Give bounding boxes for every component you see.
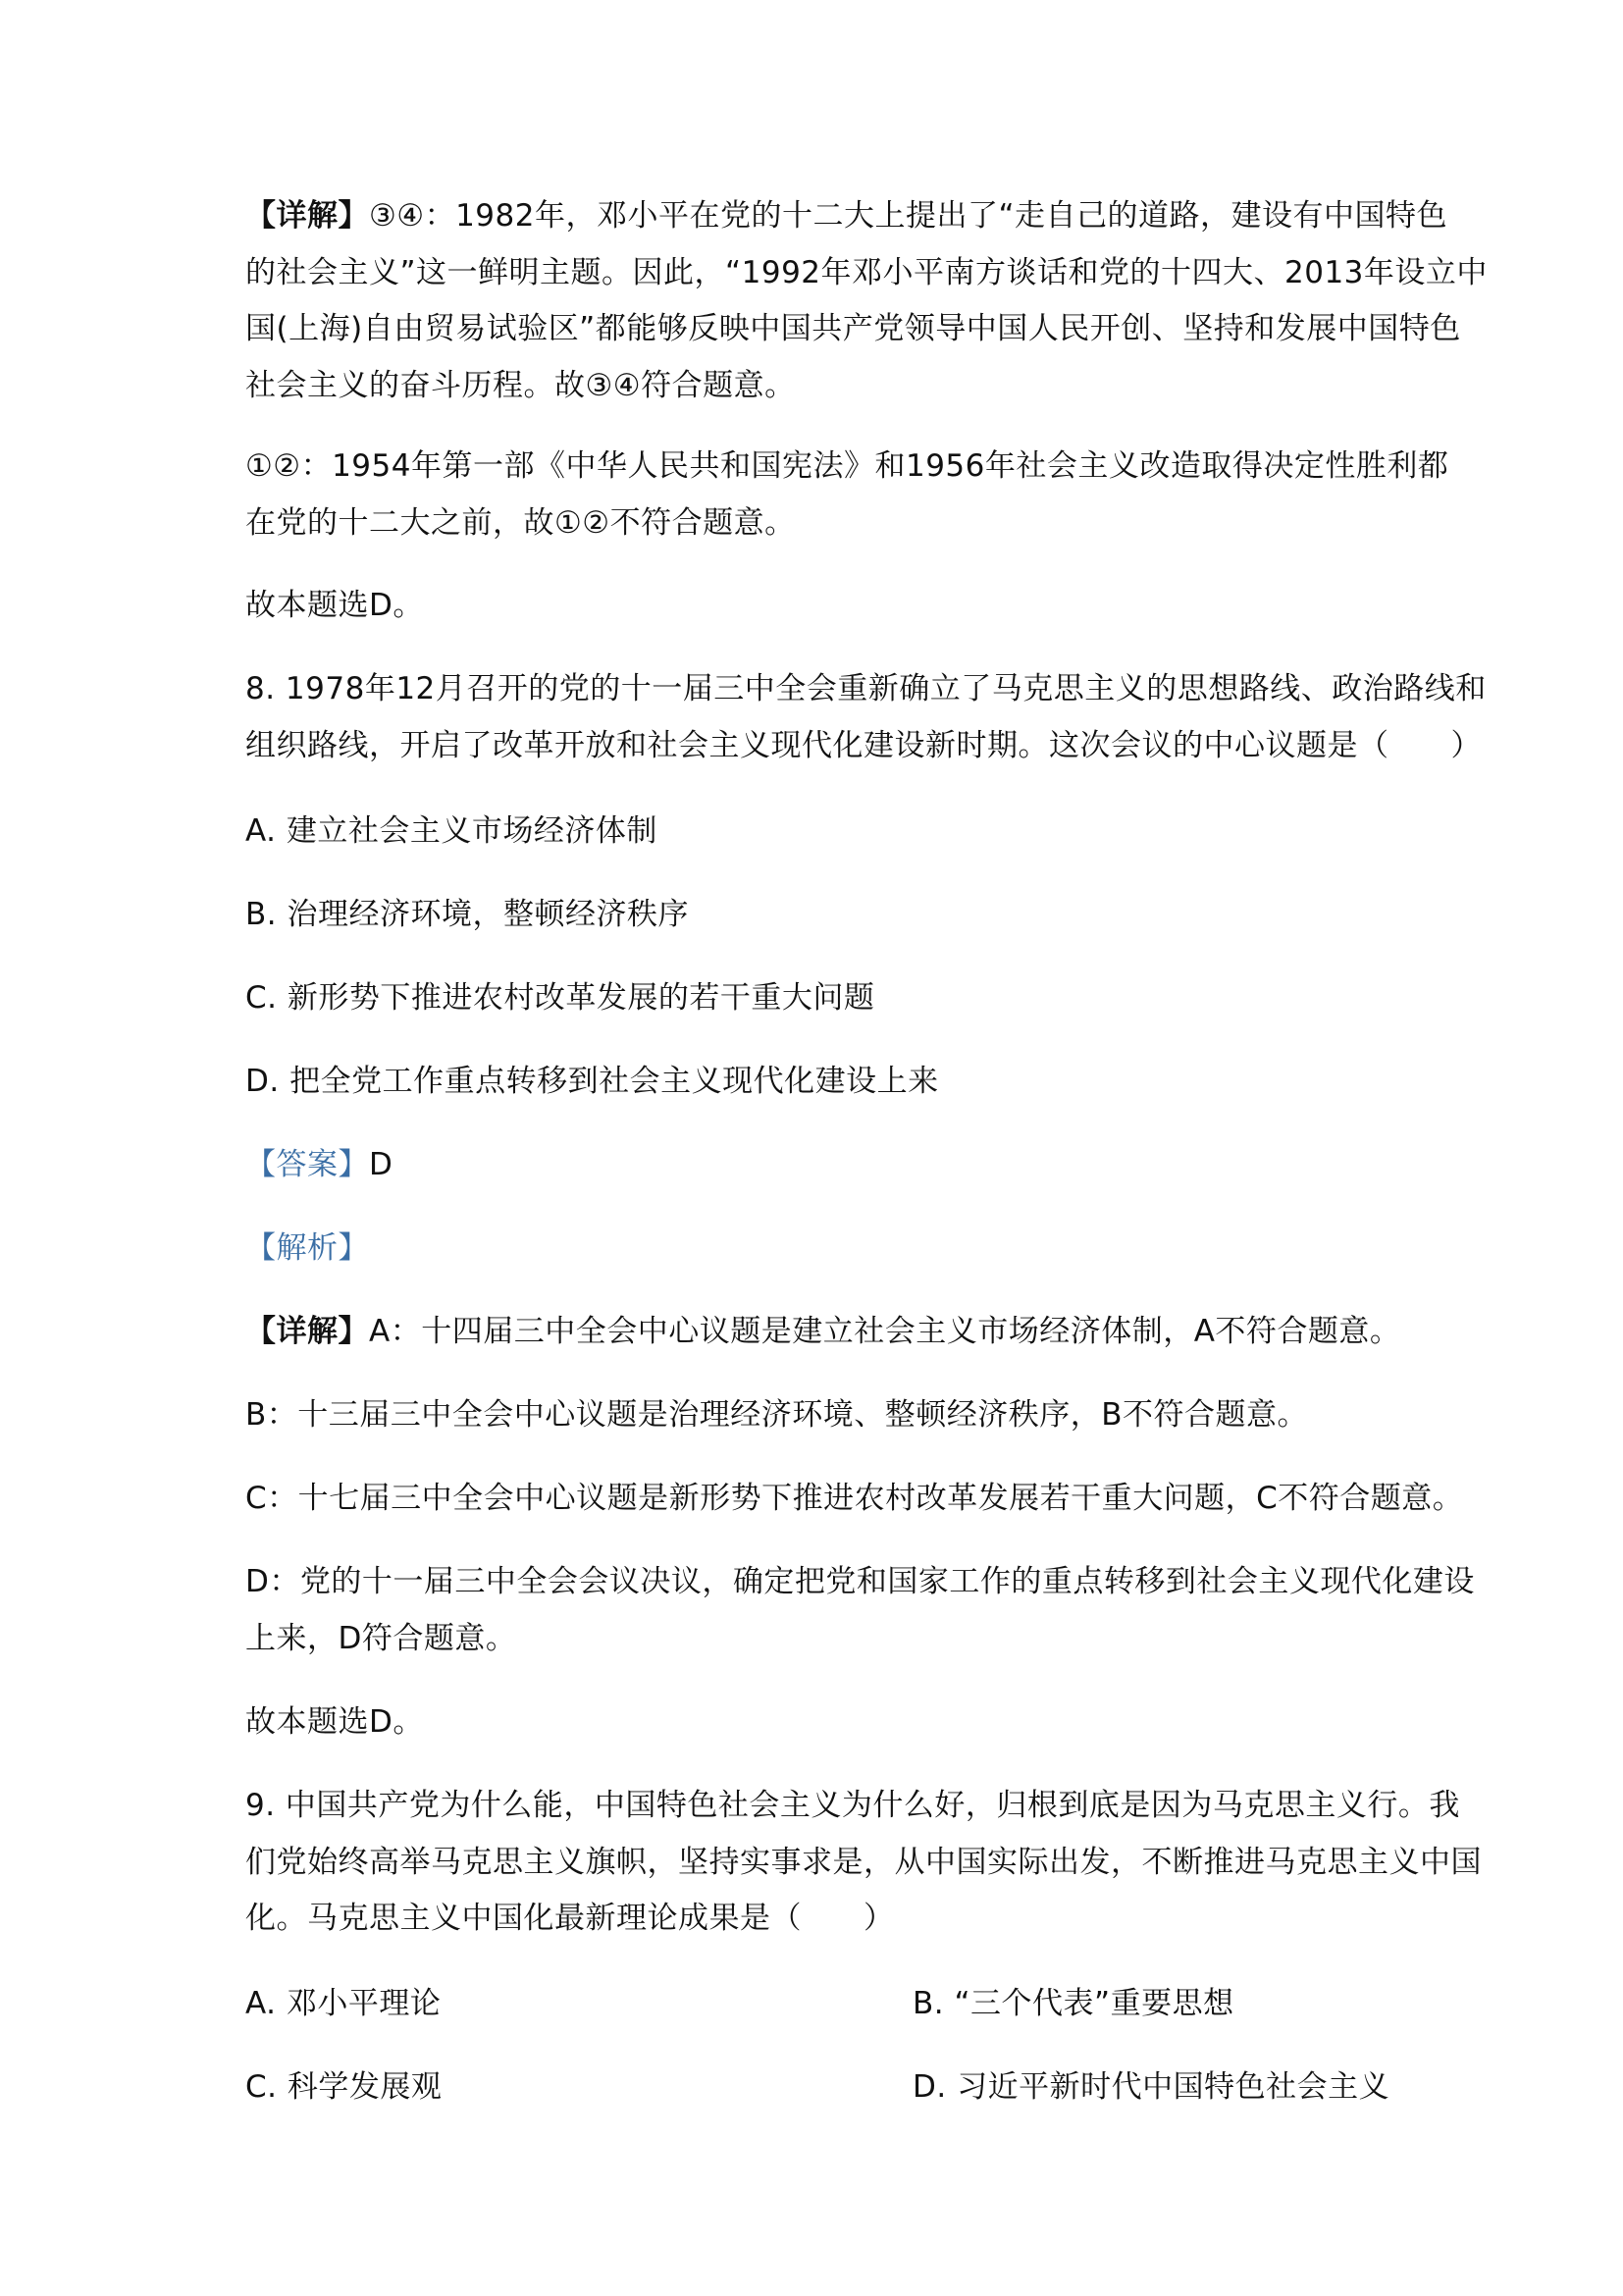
- q9-option-b: B. “三个代表”重要思想: [913, 1984, 1234, 2023]
- q8-option-c: C. 新形势下推进农村改革发展的若干重大问题: [245, 978, 874, 1018]
- q7-detail-line-2: 的社会主义”这一鲜明主题。因此，“1992年邓小平南方谈话和党的十四大、2013…: [245, 253, 1488, 292]
- q9-stem-line-3: 化。马克思主义中国化最新理论成果是（ ）: [245, 1899, 895, 1938]
- q9-stem-line-1: 9. 中国共产党为什么能，中国特色社会主义为什么好，归根到底是因为马克思主义行。…: [245, 1786, 1460, 1825]
- text: A：十四届三中全会中心议题是建立社会主义市场经济体制，A不符合题意。: [369, 1314, 1400, 1349]
- q8-option-d: D. 把全党工作重点转移到社会主义现代化建设上来: [245, 1062, 939, 1101]
- q8-answer: 【答案】D: [245, 1145, 393, 1184]
- q8-stem-line-1: 8. 1978年12月召开的党的十一届三中全会重新确立了马克思主义的思想路线、政…: [245, 669, 1487, 708]
- detail-label: 【详解】: [245, 1314, 369, 1349]
- q7-detail-line-4: 社会主义的奋斗历程。故③④符合题意。: [245, 366, 796, 405]
- q7-conclusion: 故本题选D。: [245, 586, 424, 625]
- answer-value: D: [369, 1147, 393, 1182]
- text: ③④：1982年，邓小平在党的十二大上提出了“走自己的道路，建设有中国特色: [369, 198, 1447, 234]
- q8-conclusion: 故本题选D。: [245, 1702, 424, 1742]
- answer-label: 【答案】: [245, 1147, 369, 1182]
- q8-option-a: A. 建立社会主义市场经济体制: [245, 811, 657, 851]
- q9-stem-line-2: 们党始终高举马克思主义旗帜，坚持实事求是，从中国实际出发，不断推进马克思主义中国: [245, 1843, 1482, 1882]
- q8-stem-line-2: 组织路线，开启了改革开放和社会主义现代化建设新时期。这次会议的中心议题是（ ）: [245, 726, 1482, 765]
- q7-para2-line-1: ①②：1954年第一部《中华人民共和国宪法》和1956年社会主义改造取得决定性胜…: [245, 446, 1448, 486]
- q8-detail-line-1: 【详解】A：十四届三中全会中心议题是建立社会主义市场经济体制，A不符合题意。: [245, 1312, 1400, 1351]
- q9-option-c: C. 科学发展观: [245, 2067, 442, 2107]
- q7-detail-line-1: 【详解】③④：1982年，邓小平在党的十二大上提出了“走自己的道路，建设有中国特…: [245, 196, 1447, 235]
- detail-label: 【详解】: [245, 198, 369, 234]
- q8-option-b: B. 治理经济环境，整顿经济秩序: [245, 895, 689, 934]
- q7-detail-line-3: 国(上海)自由贸易试验区”都能够反映中国共产党领导中国人民开创、坚持和发展中国特…: [245, 309, 1461, 348]
- q8-detail-line-4: D：党的十一届三中全会会议决议，确定把党和国家工作的重点转移到社会主义现代化建设: [245, 1562, 1475, 1601]
- q7-para2-line-2: 在党的十二大之前，故①②不符合题意。: [245, 503, 796, 543]
- q8-analysis-label: 【解析】: [245, 1228, 369, 1268]
- q8-detail-line-5: 上来，D符合题意。: [245, 1619, 516, 1658]
- q8-detail-line-2: B：十三届三中全会中心议题是治理经济环境、整顿经济秩序，B不符合题意。: [245, 1395, 1308, 1435]
- q8-detail-line-3: C：十七届三中全会中心议题是新形势下推进农村改革发展若干重大问题，C不符合题意。: [245, 1479, 1463, 1518]
- q9-option-a: A. 邓小平理论: [245, 1984, 441, 2023]
- q9-option-d: D. 习近平新时代中国特色社会主义: [913, 2067, 1389, 2107]
